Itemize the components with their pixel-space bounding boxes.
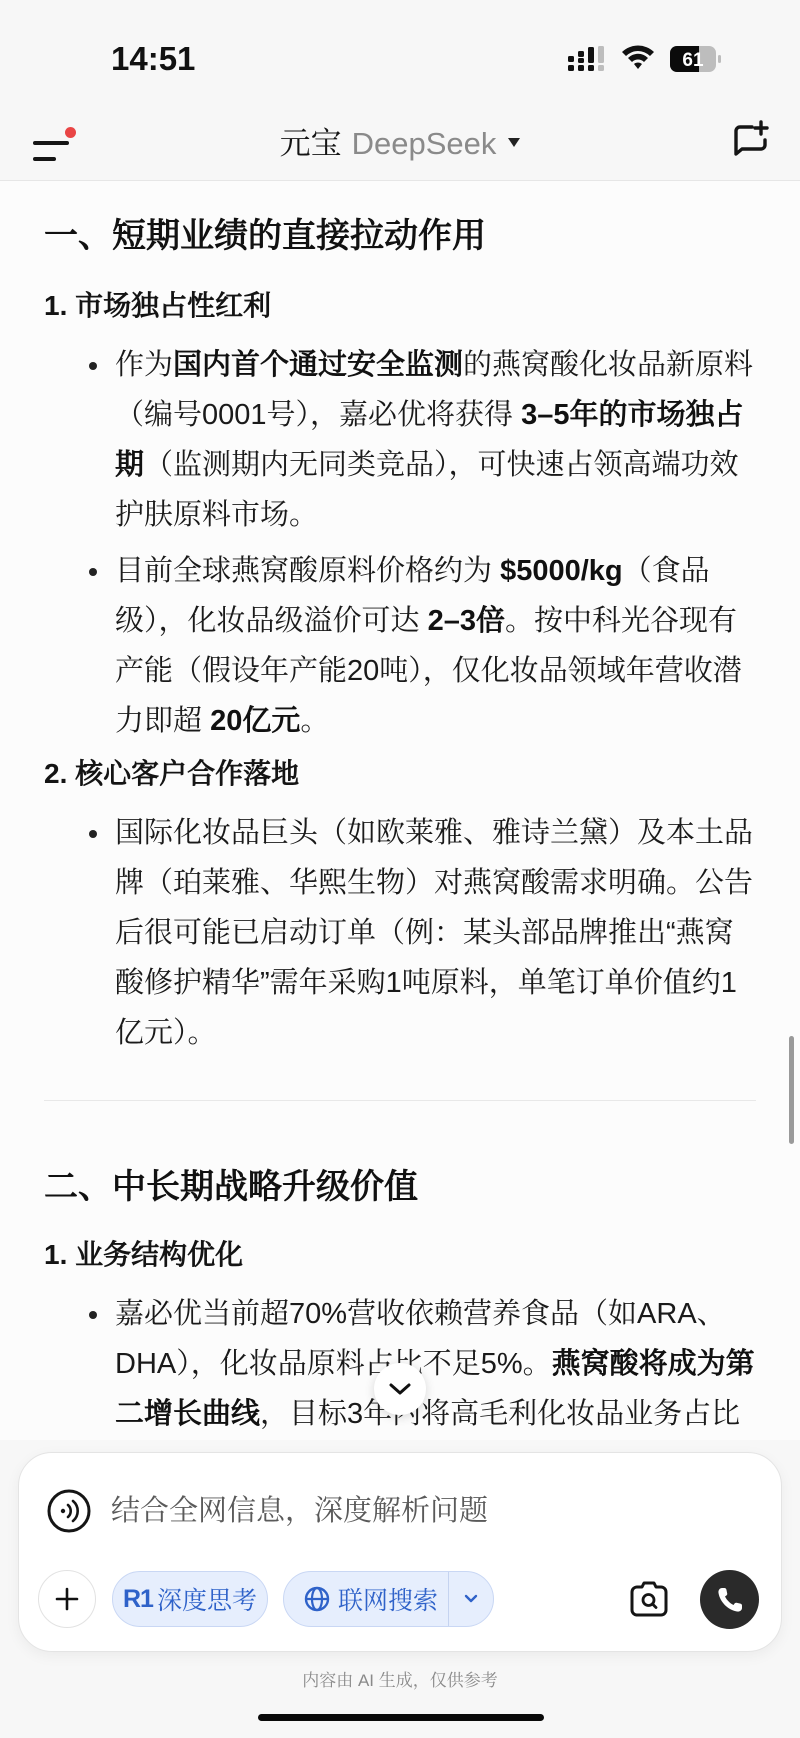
section-heading: 二、中长期战略升级价值 bbox=[44, 1165, 418, 1209]
scrollbar[interactable] bbox=[789, 1036, 794, 1144]
status-bar: 14:51 61 bbox=[0, 0, 800, 110]
home-indicator[interactable] bbox=[258, 1714, 544, 1721]
attach-button[interactable] bbox=[38, 1570, 96, 1628]
web-search-toggle[interactable]: 联网搜索 bbox=[283, 1571, 494, 1627]
model-name: DeepSeek bbox=[352, 126, 497, 161]
cellular-signal-icon bbox=[567, 46, 609, 72]
pill-divider bbox=[448, 1572, 449, 1626]
wifi-icon bbox=[620, 43, 656, 71]
globe-icon bbox=[304, 1586, 330, 1612]
dropdown-caret-icon bbox=[508, 138, 520, 147]
section-heading: 一、短期业绩的直接拉动作用 bbox=[44, 214, 486, 258]
battery-icon: 61 bbox=[670, 46, 722, 72]
list-item: 嘉必优当前超70%营收依赖营养食品（如ARA、DHA），化妆品原料占比不足5%。… bbox=[115, 1289, 755, 1452]
phone-icon bbox=[715, 1585, 745, 1615]
app-brand: 元宝 bbox=[280, 126, 342, 161]
deep-think-toggle[interactable]: R1深度思考 bbox=[112, 1571, 268, 1627]
list-item: 国际化妆品巨头（如欧莱雅、雅诗兰黛）及本土品牌（珀莱雅、华熙生物）对燕窝酸需求明… bbox=[115, 808, 755, 1058]
plus-icon bbox=[55, 1587, 79, 1611]
chevron-down-icon bbox=[388, 1381, 412, 1397]
chevron-down-icon[interactable] bbox=[462, 1590, 480, 1608]
camera-search-icon[interactable] bbox=[630, 1581, 668, 1617]
list-item: 作为国内首个通过安全监测的燕窝酸化妆品新原料（编号0001号），嘉必优将获得 3… bbox=[115, 340, 755, 540]
web-search-label: 联网搜索 bbox=[338, 1581, 438, 1617]
subsection-heading: 1. 业务结构优化 bbox=[44, 1235, 243, 1275]
voice-call-button[interactable] bbox=[700, 1570, 759, 1629]
ai-disclaimer: 内容由 AI 生成，仅供参考 bbox=[0, 1666, 800, 1691]
top-nav-bar: 元宝DeepSeek bbox=[0, 110, 800, 181]
subsection-heading: 2. 核心客户合作落地 bbox=[44, 754, 299, 794]
list-item: 目前全球燕窝酸原料价格约为 $5000/kg（食品级），化妆品级溢价可达 2–3… bbox=[115, 546, 755, 746]
scroll-to-bottom-button[interactable] bbox=[374, 1363, 426, 1415]
section-divider bbox=[44, 1100, 756, 1101]
model-selector[interactable]: 元宝DeepSeek bbox=[0, 124, 800, 164]
battery-level: 61 bbox=[682, 50, 704, 71]
voice-mode-icon[interactable] bbox=[46, 1488, 92, 1534]
status-time: 14:51 bbox=[111, 40, 195, 78]
new-chat-icon[interactable] bbox=[728, 118, 772, 162]
chat-response: 一、短期业绩的直接拉动作用 1. 市场独占性红利 作为国内首个通过安全监测的燕窝… bbox=[0, 182, 800, 1452]
chat-input[interactable]: 结合全网信息，深度解析问题 bbox=[111, 1491, 488, 1531]
chat-input-card: 结合全网信息，深度解析问题 R1深度思考 联网搜索 bbox=[18, 1452, 782, 1652]
r1-badge: R1 bbox=[123, 1585, 153, 1614]
deep-think-label: 深度思考 bbox=[157, 1581, 257, 1617]
subsection-heading: 1. 市场独占性红利 bbox=[44, 286, 271, 326]
